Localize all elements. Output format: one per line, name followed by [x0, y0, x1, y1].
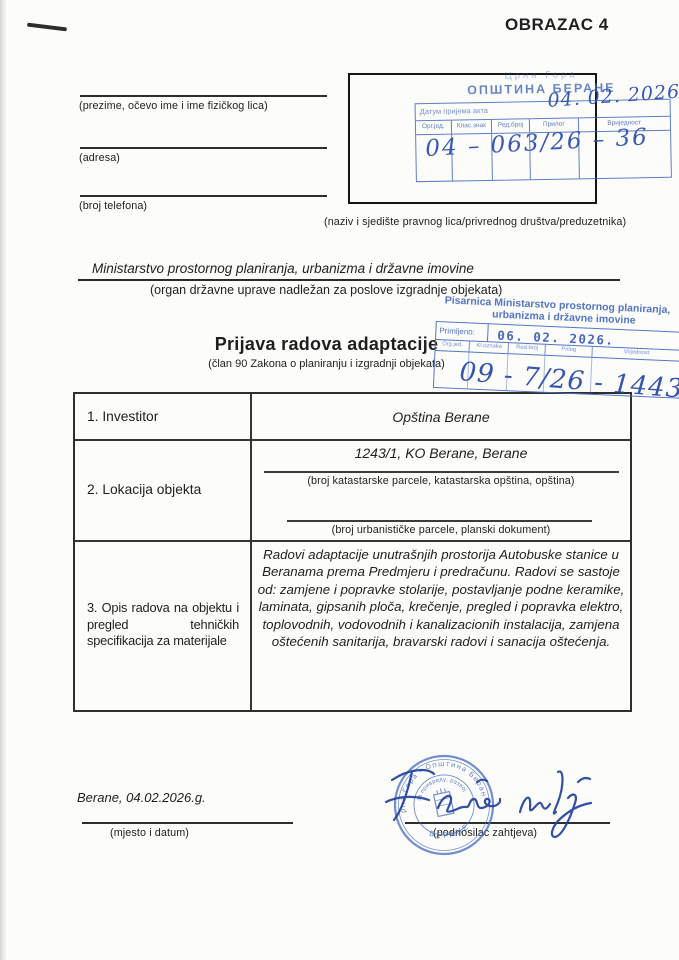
works-label-cell: 3. Opis radova na objektu i pregled tehn… — [75, 540, 248, 710]
place-date-label: (mjesto i datum) — [110, 827, 189, 839]
stamp-date-label: Датум пријема акта — [420, 106, 488, 116]
document-page: OBRAZAC 4 (prezime, očevo ime i ime fizi… — [0, 0, 679, 960]
location-value: 1243/1, KO Berane, Berane — [252, 445, 630, 461]
scan-pen-mark — [27, 23, 67, 32]
address-field-label: (adresa) — [79, 152, 120, 164]
works-label: 3. Opis radova na objektu i pregled tehn… — [87, 600, 239, 650]
ministry-received-label: Primljeno: — [436, 322, 489, 341]
cadastral-underline — [264, 471, 619, 473]
works-description: Radovi adaptacije unutrašnjih prostorija… — [252, 546, 630, 650]
form-code-label: OBRAZAC 4 — [505, 15, 609, 35]
name-field-label: (prezime, očevo ime i ime fizičkog lica) — [79, 100, 268, 112]
legal-entity-label: (naziv i sjedište pravnog lica/privredno… — [324, 216, 626, 228]
place-date-value: Berane, 04.02.2026.g. — [77, 790, 206, 805]
ministry-col-redbroj: Red.broj — [509, 343, 546, 355]
authority-underline — [78, 279, 620, 281]
ministry-col-orgjed: Org.jed. — [436, 340, 471, 351]
urban-underline — [287, 520, 592, 522]
cadastral-caption: (broj katastarske parcele, katastarska o… — [252, 475, 630, 487]
ministry-receipt-stamp: Pisarnica Ministarstvo prostornog planir… — [437, 294, 679, 305]
phone-field-line — [80, 195, 327, 197]
ministry-col-kloznaka: Kl.oznaka — [470, 341, 510, 353]
investor-value: Opština Berane — [252, 394, 630, 439]
location-label: 2. Lokacija objekta — [75, 439, 248, 540]
stamp-col-klasznak: Клас.знак — [451, 120, 492, 134]
berane-receipt-stamp: Црна Гора ОПШТИНА БЕРАНЕ Датум пријема а… — [414, 68, 668, 72]
ministry-col-prilog: Prilog — [546, 345, 593, 357]
stamp-col-orgjed: Орг.јед. — [416, 121, 452, 135]
authority-name: Ministarstvo prostornog planiranja, urba… — [92, 261, 474, 276]
investor-label: 1. Investitor — [75, 394, 248, 439]
application-table: 1. Investitor Opština Berane 2. Lokacija… — [73, 392, 632, 712]
name-field-line — [80, 95, 327, 97]
urban-caption: (broj urbanističke parcele, planski doku… — [252, 524, 630, 536]
signature-scribble — [382, 760, 594, 845]
place-date-line — [82, 822, 293, 824]
address-field-line — [80, 147, 327, 149]
phone-field-label: (broj telefona) — [79, 200, 147, 212]
